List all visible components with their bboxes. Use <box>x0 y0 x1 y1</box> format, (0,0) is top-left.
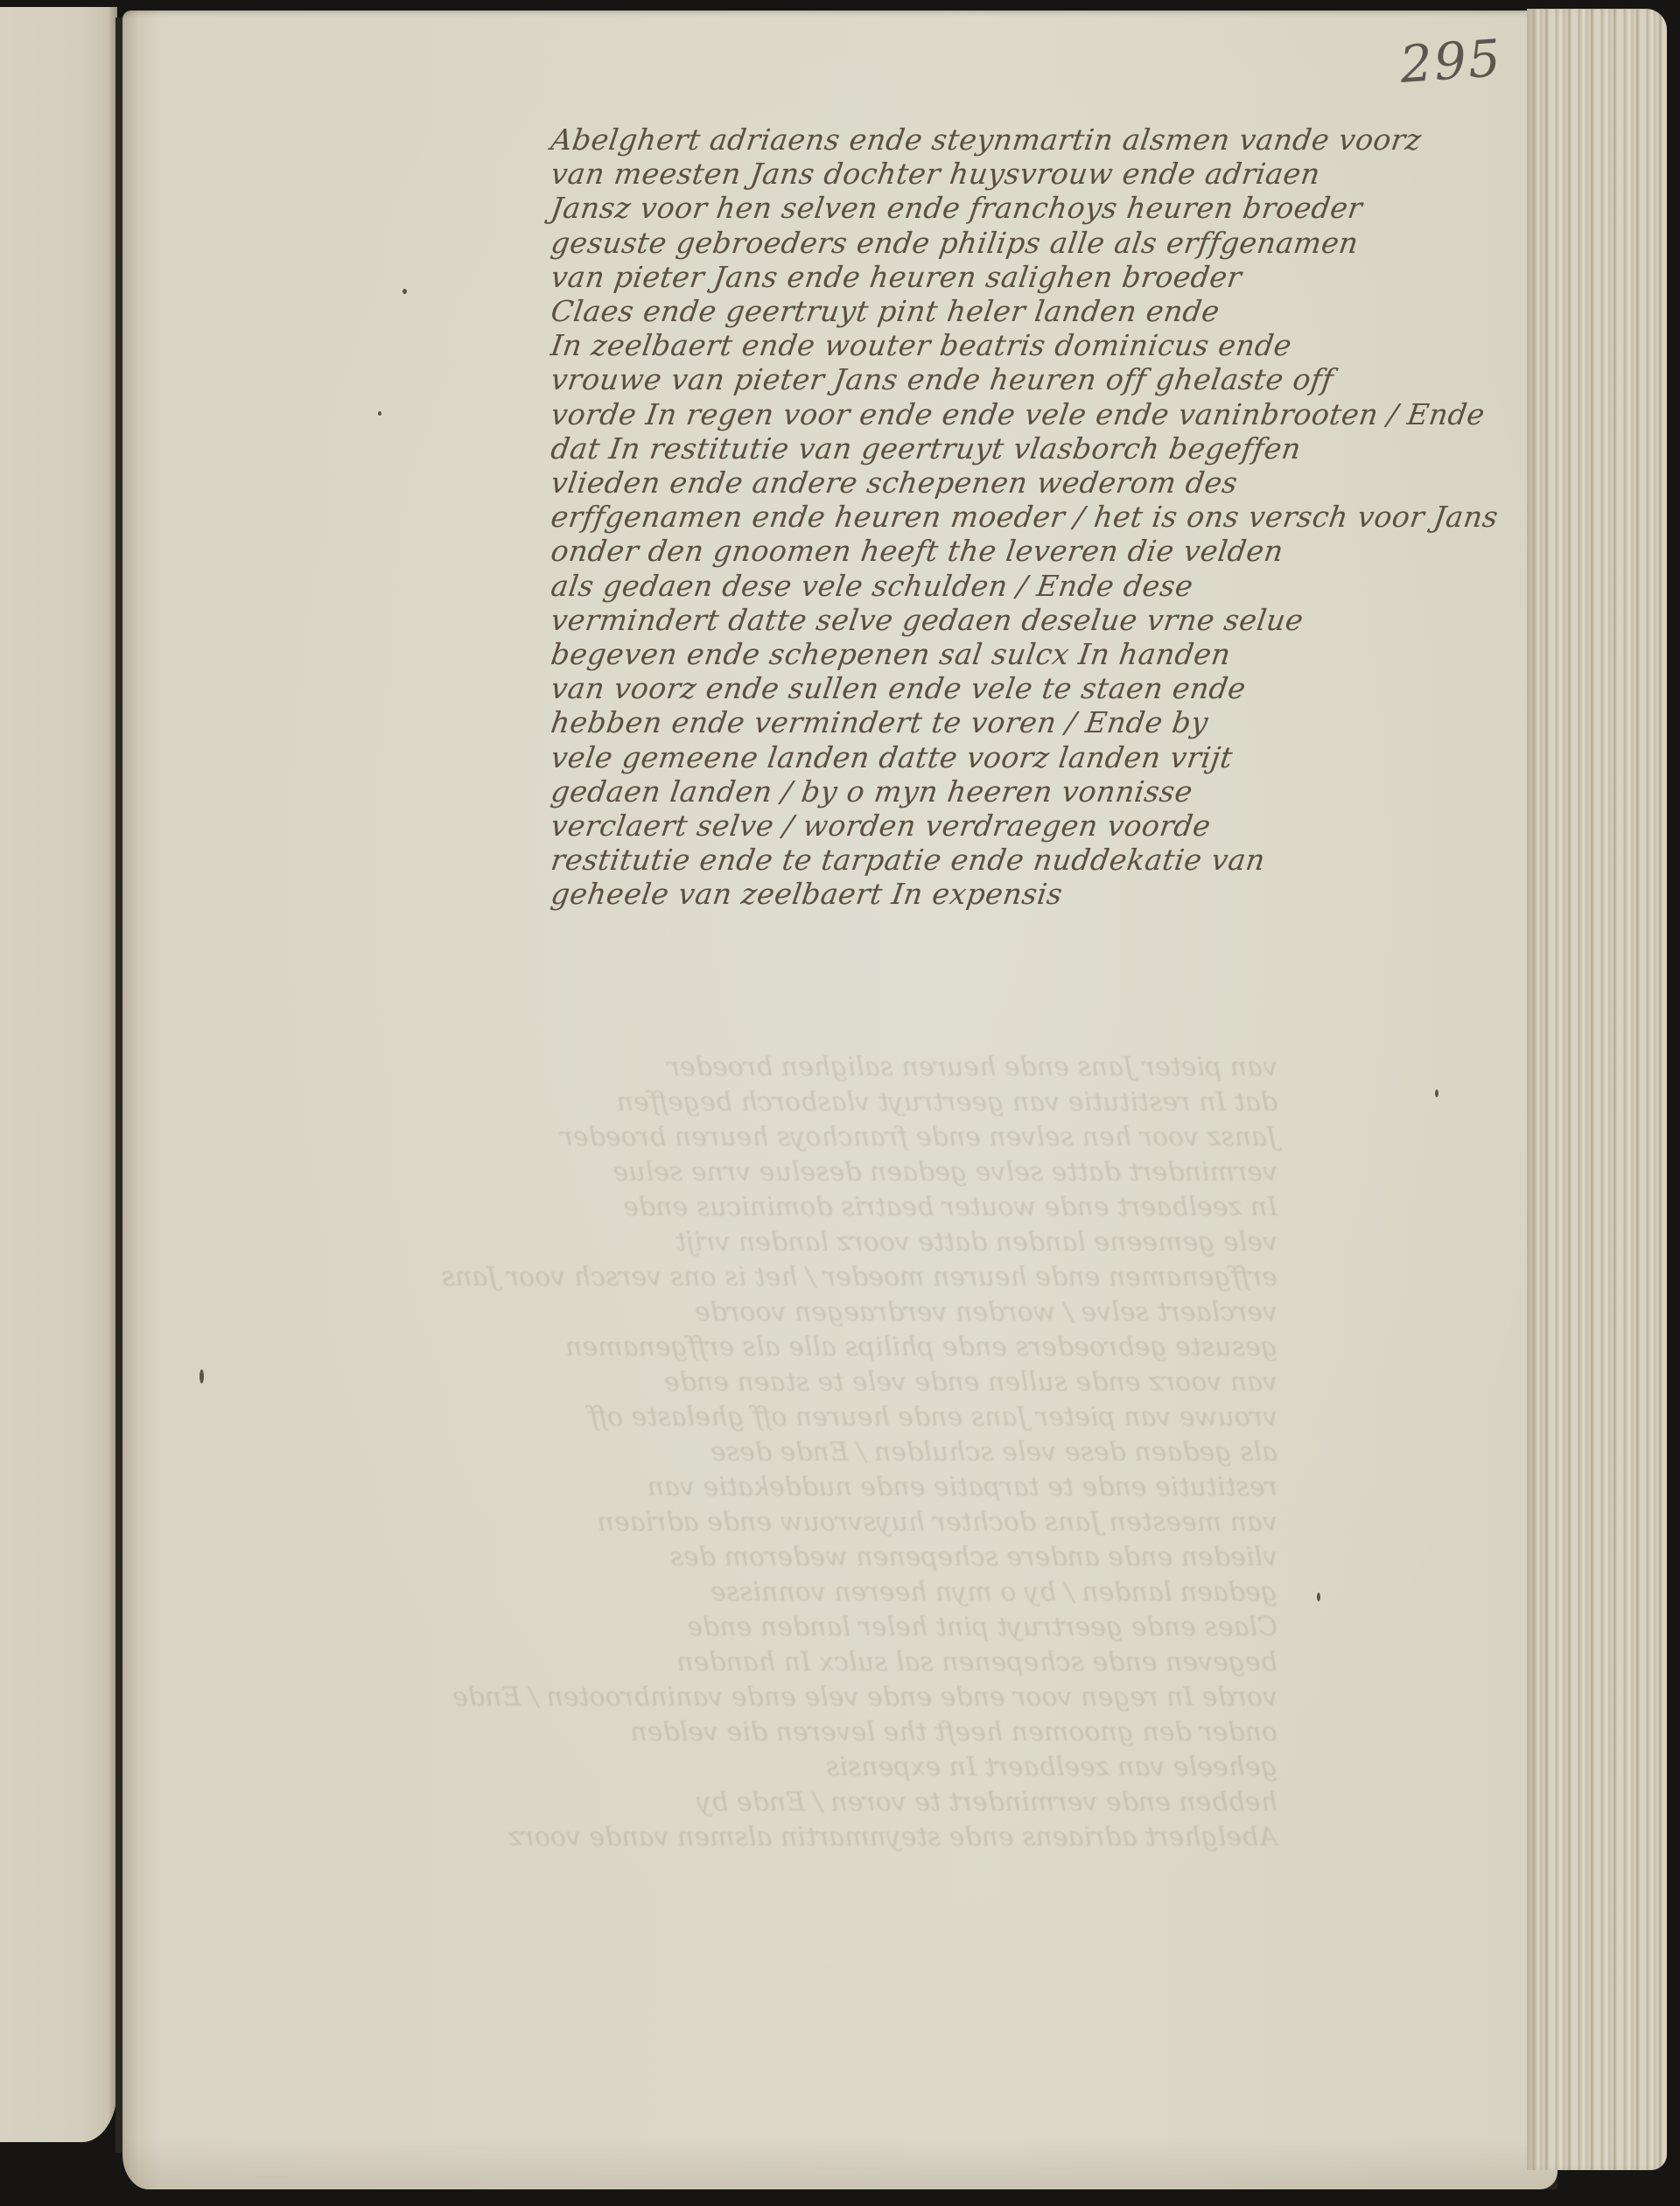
bleed-through-line: vermindert datte selve gedaen deselue vr… <box>315 1155 1277 1190</box>
text-line: Jansz voor hen selven ende franchoys heu… <box>549 191 1525 225</box>
text-line: onder den gnoomen heeft the leveren die … <box>549 534 1525 568</box>
bleed-through-line: In zeelbaert ende wouter beatris dominic… <box>315 1190 1277 1225</box>
text-line: gesuste gebroeders ende philips alle als… <box>549 226 1525 260</box>
text-line: dat In restitutie van geertruyt vlasborc… <box>549 431 1525 466</box>
bleed-through-line: gesuste gebroeders ende philips alle als… <box>315 1330 1277 1365</box>
text-line: erffgenamen ende heuren moeder / het is … <box>549 500 1525 534</box>
text-line: restitutie ende te tarpatie ende nuddeka… <box>549 843 1525 877</box>
bleed-through-line: als gedaen dese vele schulden / Ende des… <box>315 1435 1277 1470</box>
folio-number: 295 <box>1398 28 1504 95</box>
text-line: vrouwe van pieter Jans ende heuren off g… <box>549 362 1525 396</box>
bleed-through-text: van pieter Jans ende heuren salighen bro… <box>315 1050 1277 1855</box>
paper-speck <box>199 1369 204 1383</box>
manuscript-text-block: Abelghert adriaens ende steynmartin alsm… <box>551 123 1522 912</box>
left-page-edge <box>0 7 117 2142</box>
bleed-through-line: hebben ende vermindert te voren / Ende b… <box>315 1785 1277 1820</box>
text-line: Claes ende geertruyt pint heler landen e… <box>549 294 1525 328</box>
text-line: In zeelbaert ende wouter beatris dominic… <box>549 328 1525 362</box>
bleed-through-line: vorde In regen voor ende ende vele ende … <box>315 1680 1277 1715</box>
paper-speck <box>1317 1593 1320 1601</box>
bleed-through-line: onder den gnoomen heeft the leveren die … <box>315 1715 1277 1750</box>
text-line: hebben ende vermindert te voren / Ende b… <box>549 705 1525 739</box>
paper-speck <box>402 289 407 294</box>
bleed-through-line: begeven ende schepenen sal sulcx In hand… <box>315 1645 1277 1680</box>
bleed-through-line: van voorz ende sullen ende vele te staen… <box>315 1365 1277 1400</box>
text-line: vorde In regen voor ende ende vele ende … <box>549 397 1525 431</box>
bleed-through-line: Claes ende geertruyt pint heler landen e… <box>315 1610 1277 1645</box>
text-line: van meesten Jans dochter huysvrouw ende … <box>549 157 1525 191</box>
manuscript-scan: 295 Abelghert adriaens ende steynmartin … <box>0 0 1680 2206</box>
paper-speck <box>1435 1089 1438 1097</box>
bleed-through-line: van meesten Jans dochter huysvrouw ende … <box>315 1505 1277 1540</box>
text-line: als gedaen dese vele schulden / Ende des… <box>549 569 1525 603</box>
bleed-through-line: erffgenamen ende heuren moeder / het is … <box>315 1260 1277 1295</box>
text-line: van voorz ende sullen ende vele te staen… <box>549 671 1525 705</box>
bleed-through-line: van pieter Jans ende heuren salighen bro… <box>315 1050 1277 1085</box>
text-line: begeven ende schepenen sal sulcx In hand… <box>549 637 1525 671</box>
paper-speck <box>378 411 381 416</box>
text-line: vlieden ende andere schepenen wederom de… <box>549 466 1525 500</box>
bleed-through-line: vrouwe van pieter Jans ende heuren off g… <box>315 1400 1277 1435</box>
text-line: verclaert selve / worden verdraegen voor… <box>549 809 1525 843</box>
text-line: geheele van zeelbaert In expensis <box>549 877 1525 911</box>
bleed-through-line: verclaert selve / worden verdraegen voor… <box>315 1295 1277 1330</box>
bleed-through-line: vlieden ende andere schepenen wederom de… <box>315 1540 1277 1575</box>
text-line: vermindert datte selve gedaen deselue vr… <box>549 603 1525 637</box>
bleed-through-line: Abelghert adriaens ende steynmartin alsm… <box>315 1820 1277 1855</box>
text-line: vele gemeene landen datte voorz landen v… <box>549 740 1525 774</box>
bleed-through-line: restitutie ende te tarpatie ende nuddeka… <box>315 1470 1277 1505</box>
bleed-through-line: vele gemeene landen datte voorz landen v… <box>315 1225 1277 1260</box>
page-block-fore-edge <box>1527 9 1667 2170</box>
bleed-through-line: geheele van zeelbaert In expensis <box>315 1750 1277 1785</box>
text-line: gedaen landen / by o myn heeren vonnisse <box>549 774 1525 809</box>
bleed-through-line: dat In restitutie van geertruyt vlasborc… <box>315 1085 1277 1120</box>
bleed-through-line: Jansz voor hen selven ende franchoys heu… <box>315 1120 1277 1155</box>
text-line: van pieter Jans ende heuren salighen bro… <box>549 260 1525 294</box>
bleed-through-line: gedaen landen / by o myn heeren vonnisse <box>315 1575 1277 1610</box>
text-line: Abelghert adriaens ende steynmartin alsm… <box>549 123 1525 157</box>
